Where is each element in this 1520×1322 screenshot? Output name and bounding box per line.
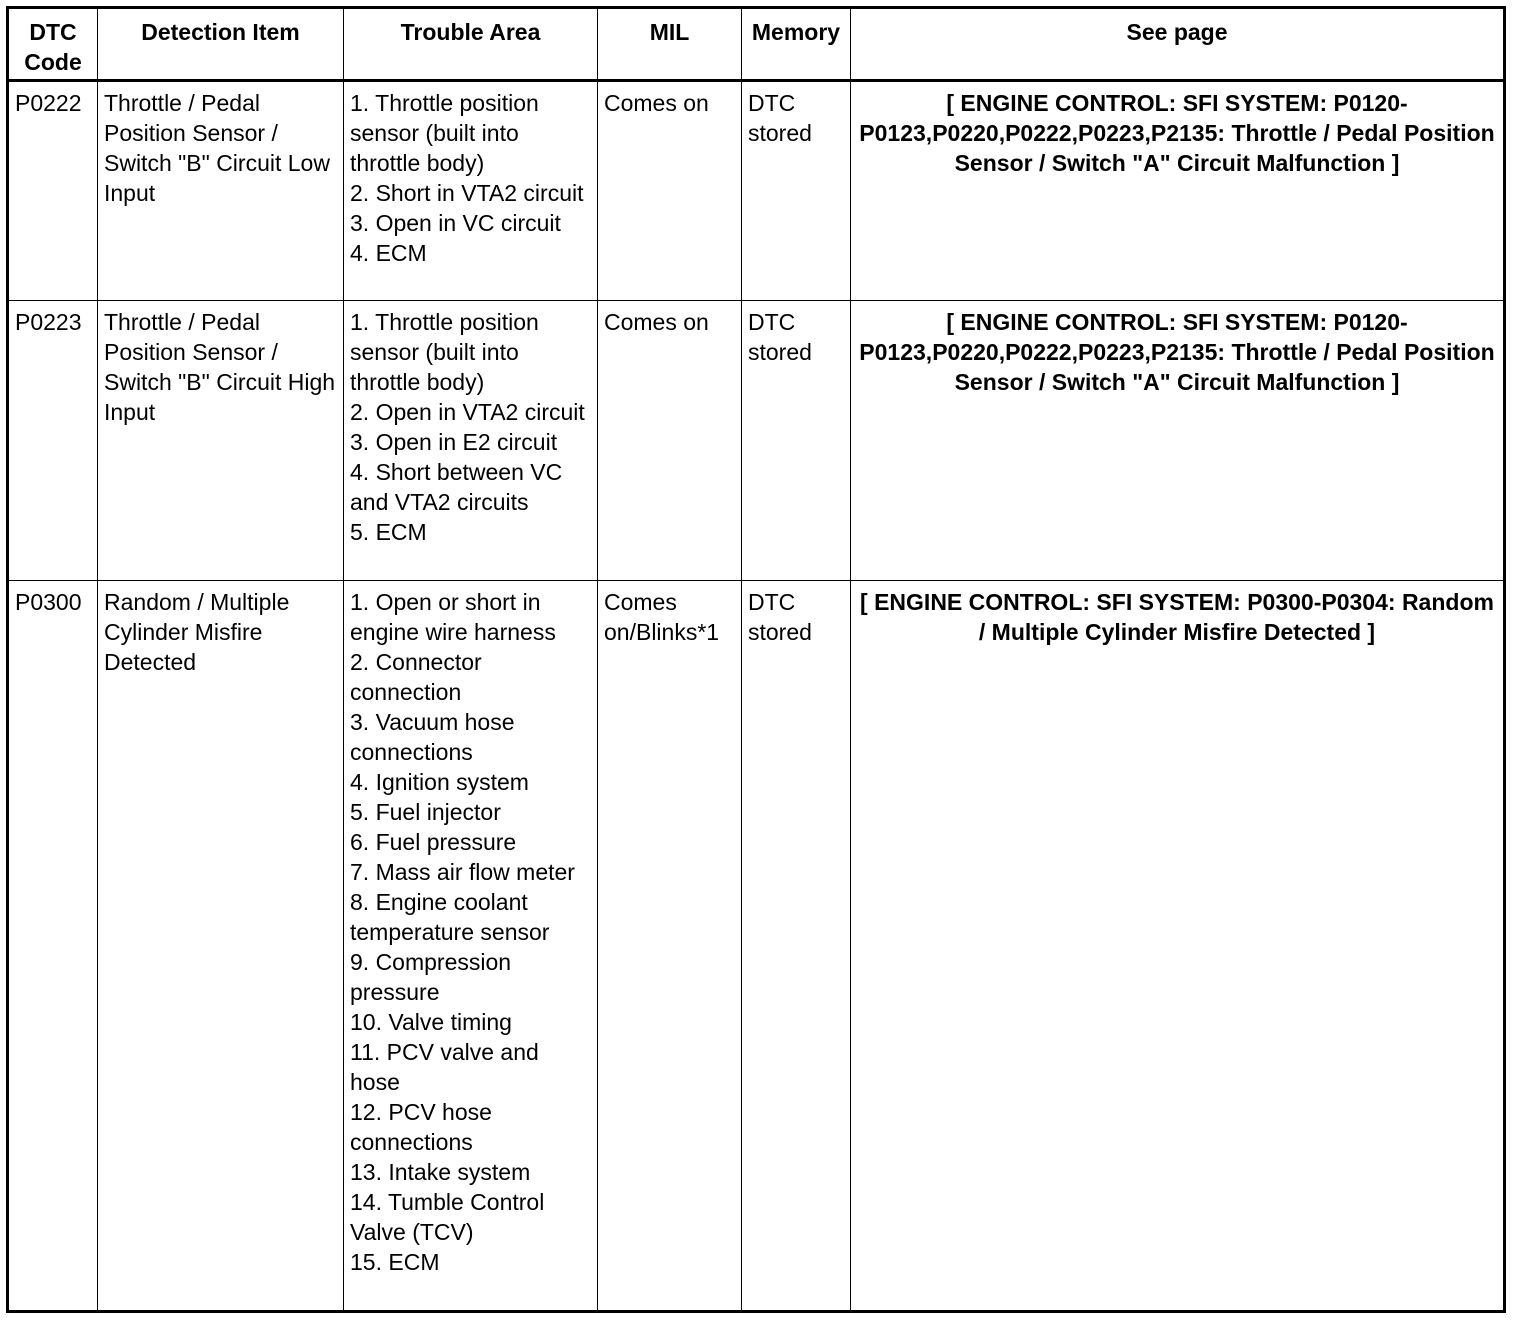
trouble-area-item: 7. Mass air flow meter	[350, 857, 591, 887]
trouble-area-cell: 1. Throttle position sensor (built into …	[344, 81, 598, 301]
detection-item-cell: Throttle / Pedal Position Sensor / Switc…	[98, 81, 344, 301]
header-memory: Memory	[742, 8, 851, 81]
trouble-area-item: 9. Compression pressure	[350, 947, 591, 1007]
trouble-area-cell: 1. Throttle position sensor (built into …	[344, 301, 598, 581]
dtc-table: DTC Code Detection Item Trouble Area MIL…	[6, 6, 1506, 1313]
see-page-link[interactable]: [ ENGINE CONTROL: SFI SYSTEM: P0300-P030…	[851, 581, 1505, 1312]
mil-cell: Comes on/Blinks*1	[598, 581, 742, 1312]
detection-item-cell: Throttle / Pedal Position Sensor / Switc…	[98, 301, 344, 581]
mil-cell: Comes on	[598, 81, 742, 301]
header-see-page: See page	[851, 8, 1505, 81]
trouble-area-item: 2. Short in VTA2 circuit	[350, 178, 591, 208]
trouble-area-item: 8. Engine coolant temperature sensor	[350, 887, 591, 947]
trouble-area-item: 1. Throttle position sensor (built into …	[350, 88, 591, 178]
trouble-area-item: 13. Intake system	[350, 1157, 591, 1187]
dtc-code-cell: P0223	[8, 301, 98, 581]
header-trouble-area: Trouble Area	[344, 8, 598, 81]
memory-cell: DTC stored	[742, 301, 851, 581]
dtc-code-cell: P0222	[8, 81, 98, 301]
trouble-area-item: 11. PCV valve and hose	[350, 1037, 591, 1097]
memory-cell: DTC stored	[742, 81, 851, 301]
trouble-area-item: 2. Connector connection	[350, 647, 591, 707]
see-page-link[interactable]: [ ENGINE CONTROL: SFI SYSTEM: P0120-P012…	[851, 301, 1505, 581]
trouble-area-item: 4. Ignition system	[350, 767, 591, 797]
trouble-area-item: 5. ECM	[350, 517, 591, 547]
header-mil: MIL	[598, 8, 742, 81]
trouble-area-item: 1. Throttle position sensor (built into …	[350, 307, 591, 397]
see-page-link[interactable]: [ ENGINE CONTROL: SFI SYSTEM: P0120-P012…	[851, 81, 1505, 301]
mil-cell: Comes on	[598, 301, 742, 581]
trouble-area-item: 5. Fuel injector	[350, 797, 591, 827]
table-header-row: DTC Code Detection Item Trouble Area MIL…	[8, 8, 1505, 81]
trouble-area-item: 10. Valve timing	[350, 1007, 591, 1037]
trouble-area-item: 14. Tumble Control Valve (TCV)	[350, 1187, 591, 1247]
trouble-area-item: 6. Fuel pressure	[350, 827, 591, 857]
trouble-area-item: 15. ECM	[350, 1247, 591, 1277]
table-row: P0223 Throttle / Pedal Position Sensor /…	[8, 301, 1505, 581]
detection-item-cell: Random / Multiple Cylinder Misfire Detec…	[98, 581, 344, 1312]
memory-cell: DTC stored	[742, 581, 851, 1312]
header-detection-item: Detection Item	[98, 8, 344, 81]
table-row: P0222 Throttle / Pedal Position Sensor /…	[8, 81, 1505, 301]
trouble-area-item: 3. Open in VC circuit	[350, 208, 591, 238]
trouble-area-item: 2. Open in VTA2 circuit	[350, 397, 591, 427]
trouble-area-item: 1. Open or short in engine wire harness	[350, 587, 591, 647]
dtc-code-cell: P0300	[8, 581, 98, 1312]
trouble-area-item: 3. Open in E2 circuit	[350, 427, 591, 457]
trouble-area-item: 4. Short between VC and VTA2 circuits	[350, 457, 591, 517]
table-row: P0300 Random / Multiple Cylinder Misfire…	[8, 581, 1505, 1312]
trouble-area-item: 12. PCV hose connections	[350, 1097, 591, 1157]
trouble-area-item: 4. ECM	[350, 238, 591, 268]
header-dtc-code: DTC Code	[8, 8, 98, 81]
trouble-area-cell: 1. Open or short in engine wire harness2…	[344, 581, 598, 1312]
trouble-area-item: 3. Vacuum hose connections	[350, 707, 591, 767]
